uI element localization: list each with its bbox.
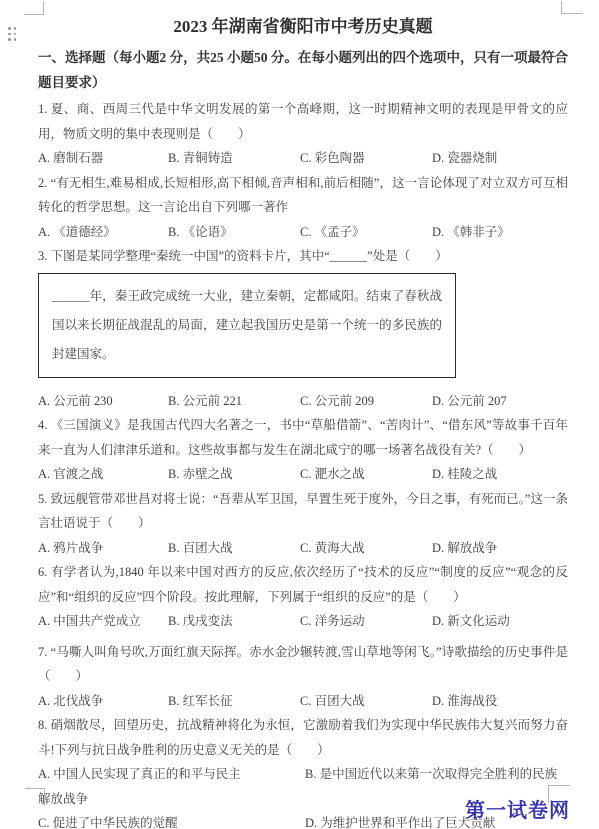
question-4: 4. 《三国演义》是我国古代四大名著之一，书中“草船借箭”、“苦肉计”、“借东风…	[38, 413, 568, 487]
exam-page: 2023 年湖南省衡阳市中考历史真题 一、选择题（每小题2 分，共25 小题50…	[0, 0, 599, 829]
option-a: A. 鸦片战争	[38, 536, 168, 561]
question-stem: 2. “有无相生,难易相成,长短相形,高下相倾,音声相和,前后相随”，这一言论体…	[38, 171, 568, 220]
option-a: A. 磨制石器	[38, 146, 168, 171]
option-a: A. 北伐战争	[38, 689, 168, 714]
question-7: 7. “马嘶人叫角号吹,万面红旗天际挥。赤水金沙辗转渡,雪山草地等闲飞。”诗歌描…	[38, 640, 568, 714]
options-row: A. 《道德经》 B. 《论语》 C. 《孟子》 D. 《韩非子》	[38, 220, 568, 245]
option-a: A. 官渡之战	[38, 462, 168, 487]
option-d: D. 桂陵之战	[432, 462, 568, 487]
option-c: C. 百团大战	[300, 689, 432, 714]
options-row: A. 公元前 230 B. 公元前 221 C. 公元前 209 D. 公元前 …	[38, 389, 568, 414]
question-stem: 6. 有学者认为,1840 年以来中国对西方的反应,依次经历了“技术的反应”“制…	[38, 560, 568, 609]
option-c: C. 淝水之战	[300, 462, 432, 487]
question-stem: 1. 夏、商、西周三代是中华文明发展的第一个高峰期，这一时期精神文明的表现是甲骨…	[38, 97, 568, 146]
option-b: B. 红军长征	[168, 689, 300, 714]
question-stem: 5. 致远舰管带邓世昌对将士说：“吾辈从军卫国，早置生死于度外，今日之事，有死而…	[38, 487, 568, 536]
option-c: C. 洋务运动	[300, 609, 432, 634]
option-c: C. 彩色陶器	[300, 146, 432, 171]
option-d: D. 公元前 207	[432, 389, 568, 414]
page-title: 2023 年湖南省衡阳市中考历史真题	[38, 14, 568, 40]
options-row: A. 官渡之战 B. 赤壁之战 C. 淝水之战 D. 桂陵之战	[38, 462, 568, 487]
options-row: A. 磨制石器 B. 青铜铸造 C. 彩色陶器 D. 瓷器烧制	[38, 146, 568, 171]
question-stem: 7. “马嘶人叫角号吹,万面红旗天际挥。赤水金沙辗转渡,雪山草地等闲飞。”诗歌描…	[38, 640, 568, 689]
dot	[8, 27, 11, 30]
option-a: A. 《道德经》	[38, 220, 168, 245]
dot	[14, 27, 17, 30]
option-c: C. 黄海大战	[300, 536, 432, 561]
question-stem: 3. 下图是某同学整理“秦统一中国”的资料卡片，其中“______”处是（ ）	[38, 244, 568, 269]
dot	[8, 38, 11, 41]
dot	[14, 33, 17, 36]
option-b: B. 《论语》	[168, 220, 300, 245]
option-d: D. 《韩非子》	[432, 220, 568, 245]
question-5: 5. 致远舰管带邓世昌对将士说：“吾辈从军卫国，早置生死于度外，今日之事，有死而…	[38, 487, 568, 561]
options-row: A. 中国共产党成立 B. 戊戌变法 C. 洋务运动 D. 新文化运动	[38, 609, 568, 634]
options-row: A. 鸦片战争 B. 百团大战 C. 黄海大战 D. 解放战争	[38, 536, 568, 561]
question-2: 2. “有无相生,难易相成,长短相形,高下相倾,音声相和,前后相随”，这一言论体…	[38, 171, 568, 245]
option-b: B. 赤壁之战	[168, 462, 300, 487]
option-d: D. 瓷器烧制	[432, 146, 568, 171]
option-d: D. 新文化运动	[432, 609, 568, 634]
watermark: 第一试卷网	[465, 794, 570, 823]
option-a: A. 公元前 230	[38, 389, 168, 414]
crop-mark-top-left	[24, 1, 44, 15]
options-row: A. 北伐战争 B. 红军长征 C. 百团大战 D. 淮海战役	[38, 689, 568, 714]
dot	[8, 33, 11, 36]
option-b: B. 公元前 221	[168, 389, 300, 414]
option-c: C. 公元前 209	[300, 389, 432, 414]
question-3: 3. 下图是某同学整理“秦统一中国”的资料卡片，其中“______”处是（ ） …	[38, 244, 568, 413]
option-c: C. 《孟子》	[300, 220, 432, 245]
question-6: 6. 有学者认为,1840 年以来中国对西方的反应,依次经历了“技术的反应”“制…	[38, 560, 568, 634]
option-b: B. 青铜铸造	[168, 146, 300, 171]
option-a: A. 中国人民实现了真正的和平与民主	[38, 762, 305, 787]
option-c: C. 促进了中华民族的觉醒	[38, 811, 305, 829]
section-heading: 一、选择题（每小题2 分，共25 小题50 分。在每小题列出的四个选项中，只有一…	[38, 46, 568, 95]
option-d: D. 解放战争	[432, 536, 568, 561]
option-b: B. 戊戌变法	[168, 609, 300, 634]
question-1: 1. 夏、商、西周三代是中华文明发展的第一个高峰期，这一时期精神文明的表现是甲骨…	[38, 97, 568, 171]
option-d: D. 淮海战役	[432, 689, 568, 714]
crop-mark-bottom-left	[25, 788, 45, 806]
option-b: B. 百团大战	[168, 536, 300, 561]
drag-handle-icon[interactable]	[8, 27, 17, 41]
crop-mark-top-right	[561, 1, 583, 14]
option-a: A. 中国共产党成立	[38, 609, 168, 634]
question-stem: 4. 《三国演义》是我国古代四大名著之一，书中“草船借箭”、“苦肉计”、“借东风…	[38, 413, 568, 462]
document-body: 2023 年湖南省衡阳市中考历史真题 一、选择题（每小题2 分，共25 小题50…	[0, 0, 599, 829]
dot	[14, 38, 17, 41]
question-stem: 8. 硝烟散尽，回望历史，抗战精神将化为永恒，它激励着我们为实现中华民族伟大复兴…	[38, 713, 568, 762]
source-card: ______年，秦王政完成统一大业，建立秦朝，定都咸阳。结束了春秋战国以来长期征…	[38, 273, 456, 378]
